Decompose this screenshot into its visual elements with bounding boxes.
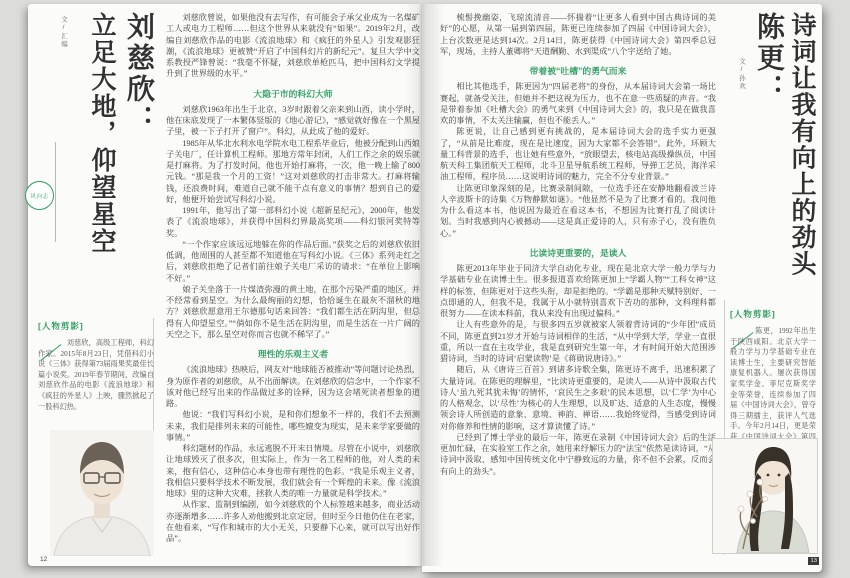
left-profile-text: 刘慈欣，高级工程师，科幻作家。2015年8月23日，凭借科幻小说《三体》获得第7…: [38, 338, 154, 412]
body-paragraph: 他说：“我们写科幻小说，是和你们想象不一样的，我们不去预测未来，我们是排列未来的…: [166, 409, 420, 443]
left-intro-paragraph: 刘慈欣曾说，如果他没有去写作，有可能会子承父业成为一名煤矿工人或电力工程师……但…: [166, 12, 420, 80]
body-paragraph: 让陈更印象深刻的是，比赛录制间隙，一位选手还在安静地翻看波兰诗人辛波斯卡的诗集《…: [440, 183, 716, 239]
chen-geng-portrait-photo: [712, 438, 818, 554]
body-paragraph: 1985年从华北水利水电学院水电工程系毕业后，他被分配到山西娘子关电厂，任计算机…: [166, 138, 420, 206]
left-article-title-primary: 刘慈欣：: [119, 12, 159, 136]
right-article-body: 梳髻挽幽姿，飞琼流清音——怀揣着“让更多人看到中国古典诗词的美好”的心愿，从第一…: [440, 12, 716, 477]
left-article-byline: 文/汇编: [59, 16, 68, 49]
right-article-title-secondary: 诗词让我有向上的劲头: [784, 12, 820, 277]
liu-cixin-photo: [50, 430, 154, 556]
right-profile-text: 陈更，1992年出生于陕西咸阳。北京大学一般力学与力学基础专业在读博士生，主要研…: [730, 326, 816, 453]
body-paragraph: 从作家、监制到编剧，如今刘慈欣的个人标签越来越多，商业活动亦逐渐增多……许多人劝…: [166, 499, 420, 544]
right-intro-paragraph: 梳髻挽幽姿，飞琼流清音——怀揣着“让更多人看到中国古典诗词的美好”的心愿，从第一…: [440, 12, 716, 57]
left-section-heading-1: 大隐于市的科幻大师: [166, 89, 420, 100]
left-section-heading-2: 理性的乐观主义者: [166, 349, 420, 360]
left-profile-label: [人物剪影]: [38, 320, 84, 332]
body-paragraph: 《流浪地球》热映后，网友对“地球能否被推动”等问题讨论热烈，身为原作者的刘慈欣，…: [166, 364, 420, 409]
body-paragraph: “一个作家应该远远地躲在你的作品后面。”获奖之后的刘慈欣依旧低调，他周围的人甚至…: [166, 239, 420, 284]
right-article-title-primary: 陈更：: [749, 12, 789, 105]
left-article-body: 刘慈欣曾说，如果他没有去写作，有可能会子承父业成为一名煤矿工人或电力工程师……但…: [166, 12, 420, 544]
right-page-number: 13: [808, 557, 819, 565]
body-paragraph: 陈更2013年毕业于同济大学自动化专业，现在是北京大学一般力学与力学基础专业在读…: [440, 263, 716, 319]
left-page-number: 12: [40, 556, 47, 563]
right-section-heading-1: 带着被“吐槽”的勇气而来: [440, 66, 716, 77]
body-paragraph: 陈更说，让自己感到更有挑战的，是本届诗词大会的选手实力更强了，“从前是比难度，现…: [440, 126, 716, 182]
right-section-heading-2: 比读诗更重要的，是读人: [440, 248, 716, 259]
body-paragraph: 娘子关坐落于一片煤渣弥漫的黄土地，在那个污染严重的地区，并不经常看到星空。为什么…: [166, 284, 420, 340]
section-tab-line: [55, 142, 56, 242]
right-profile-label: [人物剪影]: [730, 308, 776, 320]
body-paragraph: 让人有些意外的是，与很多四五岁就被家人领着背诗词的“少年团”成员不同，陈更直到2…: [440, 319, 716, 364]
right-article-byline: 文/孙欢: [737, 58, 746, 91]
body-paragraph: 随后，从《唐诗三百首》到诸多诗歌全集，陈更诗不离手，迅速积累了大量诗词。在陈更的…: [440, 364, 716, 432]
body-paragraph: 已经到了博士学业的最后一年，陈更在录制《中国诗词大会》后的生活更加忙碌，在实验室…: [440, 432, 716, 477]
body-paragraph: 科幻题材的作品，永远逃脱不开末日情境。尽管在小说中，刘慈欣让地球毁灭了很多次，但…: [166, 443, 420, 499]
left-article-title-secondary: 立足大地，仰望星空: [84, 12, 120, 255]
body-paragraph: 1991年，他写出了第一部科幻小说《超新星纪元》，2000年，他发表了《流浪地球…: [166, 205, 420, 239]
section-tab-label: 风向志: [30, 192, 48, 200]
section-tab-badge: 风向志: [25, 181, 54, 210]
body-paragraph: 刘慈欣1963年出生于北京，3岁时跟着父亲来到山西，读小学时，他在床底发现了一本…: [166, 104, 420, 138]
magazine-spread: 风向志 文/汇编 立足大地，仰望星空 刘慈欣： 刘慈欣曾说，如果他没有去写作，有…: [0, 0, 850, 578]
body-paragraph: 相比其他选手，陈更因为“四届老将”的身份，从本届诗词大会第一场比赛起，就备受关注…: [440, 81, 716, 126]
